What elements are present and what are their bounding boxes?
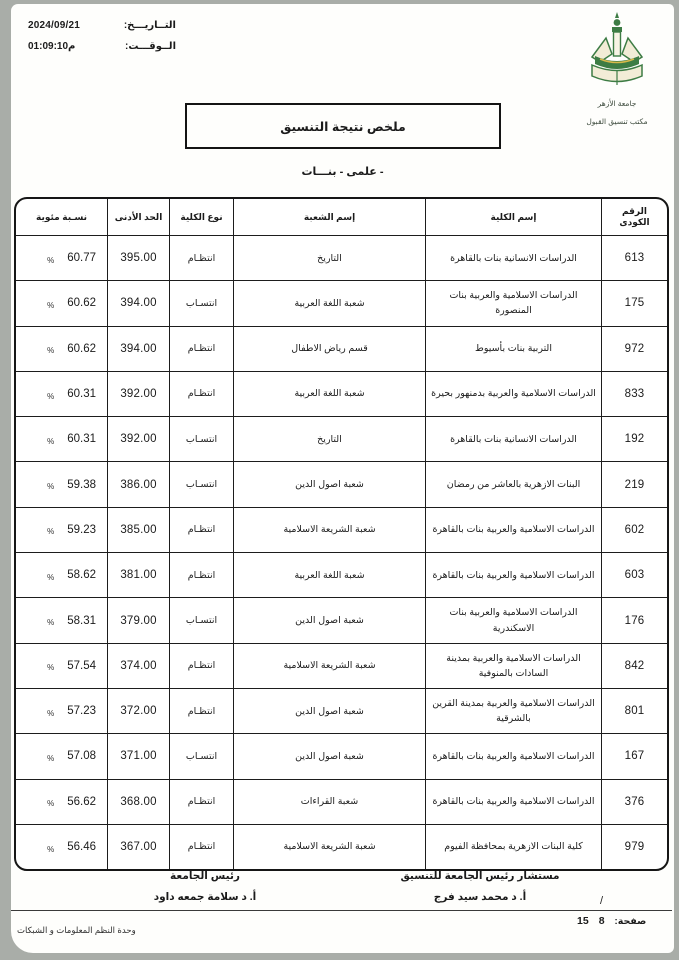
time-label: الــوقـــت: (125, 41, 176, 52)
page-word: صفحة: (615, 916, 647, 927)
cell-branch-name: شعبة اصول الدين (233, 734, 425, 778)
table-row: 192 الدراسات الانسانية بنات بالقاهرة الت… (16, 416, 667, 461)
datetime-block: 2024/09/21 التــاريـــخ: 01:09:10م الــو… (28, 20, 176, 62)
percentage-value: 60.62 (67, 343, 96, 355)
percent-sign: % (47, 754, 54, 763)
university-logo-block: جامعة الأزهر مكتب تنسيق القبول (567, 10, 667, 126)
cell-code: 979 (601, 825, 667, 869)
cell-code: 833 (601, 372, 667, 416)
table-row: 219 البنات الازهرية بالعاشر من رمضان شعب… (16, 461, 667, 506)
table-row: 602 الدراسات الاسلامية والعربية بنات بال… (16, 507, 667, 552)
cell-code: 176 (601, 598, 667, 642)
percent-sign: % (47, 845, 54, 854)
cell-percentage: 59.38 % (16, 462, 107, 506)
cell-study-type: انتظـام (169, 236, 233, 280)
time-row: 01:09:10م الــوقـــت: (28, 41, 176, 52)
advisor-signature-block: مستشار رئيس الجامعة للتنسيق أ. د محمد سي… (350, 870, 610, 903)
cell-code: 842 (601, 644, 667, 688)
cell-college-name: الدراسات الانسانية بنات بالقاهرة (425, 236, 601, 280)
cell-college-name: الدراسات الاسلامية والعربية بنات الاسكند… (425, 598, 601, 642)
cell-percentage: 56.62 % (16, 780, 107, 824)
table-row: 167 الدراسات الاسلامية والعربية بنات بال… (16, 733, 667, 778)
cell-percentage: 60.62 % (16, 327, 107, 371)
cell-study-type: انتظـام (169, 780, 233, 824)
cell-code: 613 (601, 236, 667, 280)
cell-branch-name: شعبة القراءات (233, 780, 425, 824)
cell-min-score: 394.00 (107, 281, 169, 325)
cell-branch-name: قسم رياض الاطفال (233, 327, 425, 371)
cell-college-name: الدراسات الاسلامية والعربية بنات بالقاهر… (425, 734, 601, 778)
percent-sign: % (47, 437, 54, 446)
cell-study-type: انتسـاب (169, 462, 233, 506)
percentage-value: 57.54 (67, 660, 96, 672)
cell-min-score: 381.00 (107, 553, 169, 597)
cell-college-name: الدراسات الاسلامية والعربية بدمنهور بحير… (425, 372, 601, 416)
cell-study-type: انتظـام (169, 372, 233, 416)
cell-branch-name: شعبة الشريعة الاسلامية (233, 508, 425, 552)
table-row: 613 الدراسات الانسانية بنات بالقاهرة الت… (16, 235, 667, 280)
cell-study-type: انتظـام (169, 553, 233, 597)
table-row: 175 الدراسات الاسلامية والعربية بنات الم… (16, 280, 667, 325)
percent-sign: % (47, 573, 54, 582)
cell-min-score: 386.00 (107, 462, 169, 506)
table-row: 842 الدراسات الاسلامية والعربية بمدينة ا… (16, 643, 667, 688)
office-name: مكتب تنسيق القبول (567, 117, 667, 126)
cell-branch-name: شعبة اصول الدين (233, 598, 425, 642)
percentage-value: 59.23 (67, 524, 96, 536)
title-box: ملخص نتيجة التنسيق (185, 103, 501, 149)
cell-min-score: 395.00 (107, 236, 169, 280)
cell-study-type: انتسـاب (169, 417, 233, 461)
table-header: الرقم الكودى إسم الكلية إسم الشعبة نوع ا… (16, 199, 667, 235)
it-unit-label: وحدة النظم المعلومات و الشبكات (17, 925, 136, 936)
cell-code: 972 (601, 327, 667, 371)
page-number: 8 (599, 915, 605, 927)
table-row: 603 الدراسات الاسلامية والعربية بنات بال… (16, 552, 667, 597)
cell-percentage: 57.23 % (16, 689, 107, 733)
cell-code: 603 (601, 553, 667, 597)
cell-study-type: انتظـام (169, 644, 233, 688)
header-branch-name: إسم الشعبة (233, 199, 425, 235)
cell-branch-name: التاريخ (233, 236, 425, 280)
cell-college-name: الدراسات الانسانية بنات بالقاهرة (425, 417, 601, 461)
percent-sign: % (47, 346, 54, 355)
date-row: 2024/09/21 التــاريـــخ: (28, 20, 176, 31)
al-azhar-university-emblem-icon (586, 10, 648, 90)
cell-branch-name: شعبة الشريعة الاسلامية (233, 825, 425, 869)
percent-sign: % (47, 663, 54, 672)
cell-college-name: التربية بنات بأسيوط (425, 327, 601, 371)
cell-college-name: الدراسات الاسلامية والعربية بنات بالقاهر… (425, 780, 601, 824)
cell-branch-name: شعبة اللغة العربية (233, 372, 425, 416)
percentage-value: 60.62 (67, 297, 96, 309)
cell-branch-name: شعبة اصول الدين (233, 689, 425, 733)
cell-study-type: انتظـام (169, 825, 233, 869)
header-code: الرقم الكودى (601, 199, 667, 235)
table-row: 833 الدراسات الاسلامية والعربية بدمنهور … (16, 371, 667, 416)
advisor-title: مستشار رئيس الجامعة للتنسيق (350, 870, 610, 882)
cell-code: 167 (601, 734, 667, 778)
cell-branch-name: شعبة اصول الدين (233, 462, 425, 506)
cell-branch-name: شعبة الشريعة الاسلامية (233, 644, 425, 688)
results-table: الرقم الكودى إسم الكلية إسم الشعبة نوع ا… (14, 197, 669, 871)
cell-college-name: الدراسات الاسلامية والعربية بنات المنصور… (425, 281, 601, 325)
cell-percentage: 60.77 % (16, 236, 107, 280)
cell-study-type: انتسـاب (169, 598, 233, 642)
cell-code: 219 (601, 462, 667, 506)
percent-sign: % (47, 482, 54, 491)
cell-college-name: الدراسات الاسلامية والعربية بمدينة القري… (425, 689, 601, 733)
cell-min-score: 392.00 (107, 372, 169, 416)
percentage-value: 60.77 (67, 252, 96, 264)
percentage-value: 56.62 (67, 796, 96, 808)
percentage-value: 59.38 (67, 479, 96, 491)
percent-sign: % (47, 392, 54, 401)
cell-percentage: 60.62 % (16, 281, 107, 325)
cell-college-name: الدراسات الاسلامية والعربية بمدينة الساد… (425, 644, 601, 688)
cell-branch-name: شعبة اللغة العربية (233, 281, 425, 325)
percent-sign: % (47, 709, 54, 718)
table-row: 376 الدراسات الاسلامية والعربية بنات بال… (16, 779, 667, 824)
cell-min-score: 368.00 (107, 780, 169, 824)
cell-percentage: 60.31 % (16, 417, 107, 461)
cell-code: 602 (601, 508, 667, 552)
percent-sign: % (47, 799, 54, 808)
cell-percentage: 58.62 % (16, 553, 107, 597)
header-min-score: الحد الأدنى (107, 199, 169, 235)
cell-branch-name: التاريخ (233, 417, 425, 461)
university-name: جامعة الأزهر (567, 99, 667, 108)
president-title: رئيس الجامعة (75, 870, 335, 882)
header-college-name: إسم الكلية (425, 199, 601, 235)
time-value: 01:09:10م (28, 41, 75, 52)
percentage-value: 56.46 (67, 841, 96, 853)
percentage-value: 60.31 (67, 433, 96, 445)
cell-study-type: انتظـام (169, 508, 233, 552)
page-title: ملخص نتيجة التنسيق (280, 119, 406, 134)
cell-college-name: البنات الازهرية بالعاشر من رمضان (425, 462, 601, 506)
cell-min-score: 367.00 (107, 825, 169, 869)
table-row: 176 الدراسات الاسلامية والعربية بنات الا… (16, 597, 667, 642)
cell-min-score: 392.00 (107, 417, 169, 461)
cell-min-score: 371.00 (107, 734, 169, 778)
section-subtitle: - علمى - بنـــات (11, 165, 674, 178)
results-table-body: 613 الدراسات الانسانية بنات بالقاهرة الت… (16, 235, 667, 869)
percentage-value: 58.31 (67, 615, 96, 627)
scan-background: { "header": { "date_label": "التــاريـــ… (0, 0, 679, 960)
cell-code: 376 (601, 780, 667, 824)
cell-percentage: 57.08 % (16, 734, 107, 778)
advisor-name: أ. د محمد سيد فرج (350, 891, 610, 903)
cell-study-type: انتسـاب (169, 734, 233, 778)
percent-sign: % (47, 527, 54, 536)
cell-min-score: 394.00 (107, 327, 169, 371)
footer-divider (11, 910, 672, 911)
percent-sign: % (47, 618, 54, 627)
president-name: أ. د سلامة جمعه داود (75, 891, 335, 903)
date-label: التــاريـــخ: (124, 20, 176, 31)
president-signature-block: رئيس الجامعة أ. د سلامة جمعه داود (75, 870, 335, 903)
percent-sign: % (47, 256, 54, 265)
cell-study-type: انتظـام (169, 689, 233, 733)
slash-mark: / (600, 895, 603, 907)
cell-percentage: 56.46 % (16, 825, 107, 869)
cell-percentage: 57.54 % (16, 644, 107, 688)
cell-percentage: 58.31 % (16, 598, 107, 642)
cell-study-type: انتظـام (169, 327, 233, 371)
cell-min-score: 374.00 (107, 644, 169, 688)
cell-code: 175 (601, 281, 667, 325)
cell-college-name: الدراسات الاسلامية والعربية بنات بالقاهر… (425, 508, 601, 552)
cell-code: 801 (601, 689, 667, 733)
table-row: 801 الدراسات الاسلامية والعربية بمدينة ا… (16, 688, 667, 733)
header-study-type: نوع الكلية (169, 199, 233, 235)
percentage-value: 57.23 (67, 705, 96, 717)
date-value: 2024/09/21 (28, 20, 80, 31)
cell-study-type: انتسـاب (169, 281, 233, 325)
page-total: 15 (577, 915, 589, 927)
cell-percentage: 59.23 % (16, 508, 107, 552)
cell-percentage: 60.31 % (16, 372, 107, 416)
document-page: 2024/09/21 التــاريـــخ: 01:09:10م الــو… (11, 4, 674, 953)
cell-code: 192 (601, 417, 667, 461)
cell-branch-name: شعبة اللغة العربية (233, 553, 425, 597)
percentage-value: 60.31 (67, 388, 96, 400)
cell-college-name: كلية البنات الازهرية بمحافظة الفيوم (425, 825, 601, 869)
table-row: 979 كلية البنات الازهرية بمحافظة الفيوم … (16, 824, 667, 869)
percentage-value: 57.08 (67, 750, 96, 762)
table-row: 972 التربية بنات بأسيوط قسم رياض الاطفال… (16, 326, 667, 371)
percent-sign: % (47, 301, 54, 310)
cell-min-score: 372.00 (107, 689, 169, 733)
cell-min-score: 385.00 (107, 508, 169, 552)
page-indicator: 15 8 صفحة: (577, 915, 646, 927)
header-percentage: نسـبة مئوية (16, 199, 107, 235)
cell-min-score: 379.00 (107, 598, 169, 642)
percentage-value: 58.62 (67, 569, 96, 581)
cell-college-name: الدراسات الاسلامية والعربية بنات بالقاهر… (425, 553, 601, 597)
